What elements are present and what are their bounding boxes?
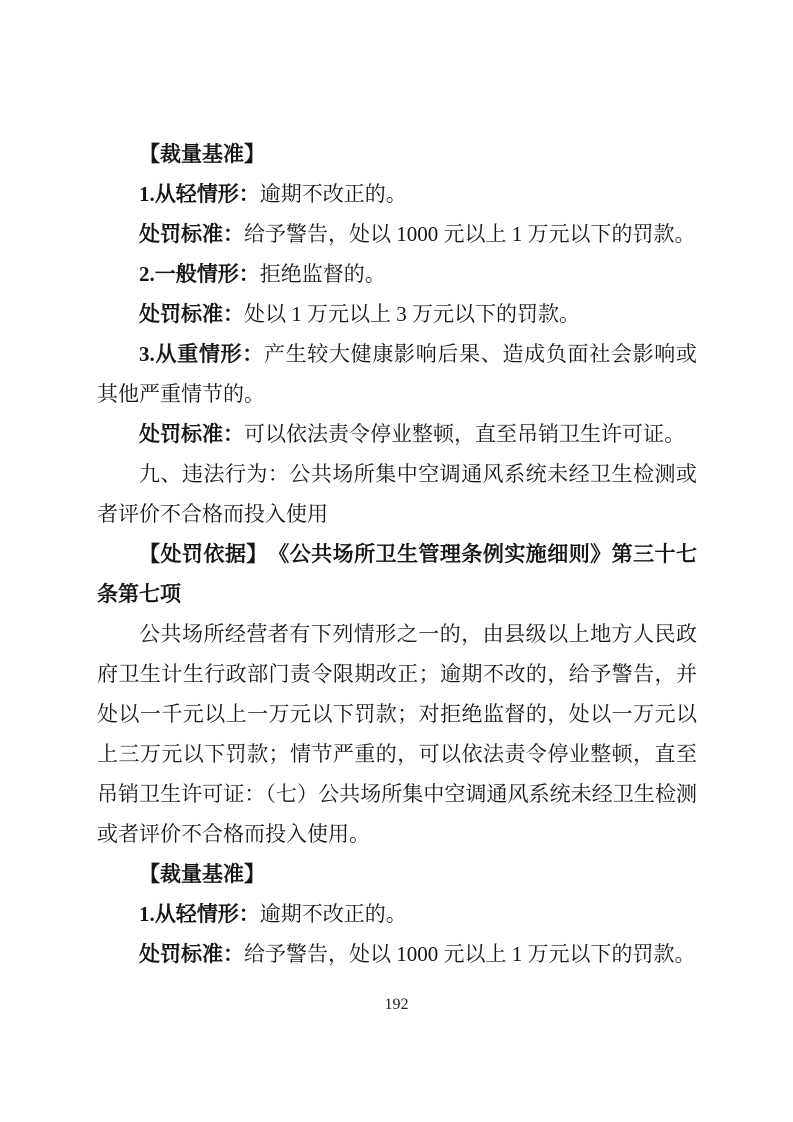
paragraph-label: 2.一般情形：: [139, 262, 260, 286]
para-penalty-standard-2: 处罚标准：处以 1 万元以上 3 万元以下的罚款。: [97, 294, 697, 334]
paragraph-text: 逾期不改正的。: [260, 902, 407, 926]
paragraph-label: 处罚标准：: [139, 222, 244, 246]
paragraph-label: 【裁量基准】: [139, 862, 265, 886]
para-regulation-citation: 公共场所经营者有下列情形之一的，由县级以上地方人民政府卫生计生行政部门责令限期改…: [97, 614, 697, 854]
paragraph-text: 给予警告，处以 1000 元以上 1 万元以下的罚款。: [244, 222, 696, 246]
para-violation-item-nine: 九、违法行为：公共场所集中空调通风系统未经卫生检测或者评价不合格而投入使用: [97, 454, 697, 534]
paragraph-label: 处罚标准：: [139, 302, 244, 326]
paragraph-text: 逾期不改正的。: [260, 182, 407, 206]
para-penalty-standard-4: 处罚标准：给予警告，处以 1000 元以上 1 万元以下的罚款。: [97, 934, 697, 974]
paragraph-label: 【裁量基准】: [139, 142, 265, 166]
para-general-case-1: 2.一般情形：拒绝监督的。: [97, 254, 697, 294]
paragraph-text: 可以依法责令停业整顿，直至吊销卫生许可证。: [244, 422, 685, 446]
paragraph-label: 处罚标准：: [139, 942, 244, 966]
para-penalty-standard-1: 处罚标准：给予警告，处以 1000 元以上 1 万元以下的罚款。: [97, 214, 697, 254]
heading-discretion-benchmark-1: 【裁量基准】: [97, 134, 697, 174]
para-lenient-case-2: 1.从轻情形：逾期不改正的。: [97, 894, 697, 934]
page-content: 【裁量基准】 1.从轻情形：逾期不改正的。 处罚标准：给予警告，处以 1000 …: [97, 134, 697, 974]
paragraph-text: 拒绝监督的。: [260, 262, 386, 286]
document-page: 【裁量基准】 1.从轻情形：逾期不改正的。 处罚标准：给予警告，处以 1000 …: [0, 0, 793, 1122]
heading-discretion-benchmark-2: 【裁量基准】: [97, 854, 697, 894]
para-aggravated-case-1: 3.从重情形：产生较大健康影响后果、造成负面社会影响或其他严重情节的。: [97, 334, 697, 414]
paragraph-label: 3.从重情形：: [139, 342, 264, 366]
para-lenient-case-1: 1.从轻情形：逾期不改正的。: [97, 174, 697, 214]
heading-penalty-basis: 【处罚依据】 《公共场所卫生管理条例实施细则》第三十七条第七项: [97, 534, 697, 614]
page-number: 192: [0, 996, 793, 1014]
paragraph-label: 1.从轻情形：: [139, 182, 260, 206]
paragraph-label: 1.从轻情形：: [139, 902, 260, 926]
paragraph-text: 九、违法行为：公共场所集中空调通风系统未经卫生检测或者评价不合格而投入使用: [97, 462, 697, 526]
para-penalty-standard-3: 处罚标准：可以依法责令停业整顿，直至吊销卫生许可证。: [97, 414, 697, 454]
paragraph-label: 【处罚依据】: [139, 542, 257, 566]
paragraph-label: 处罚标准：: [139, 422, 244, 446]
paragraph-text: 给予警告，处以 1000 元以上 1 万元以下的罚款。: [244, 942, 696, 966]
paragraph-text: 处以 1 万元以上 3 万元以下的罚款。: [244, 302, 580, 326]
paragraph-text: 公共场所经营者有下列情形之一的，由县级以上地方人民政府卫生计生行政部门责令限期改…: [97, 622, 697, 846]
